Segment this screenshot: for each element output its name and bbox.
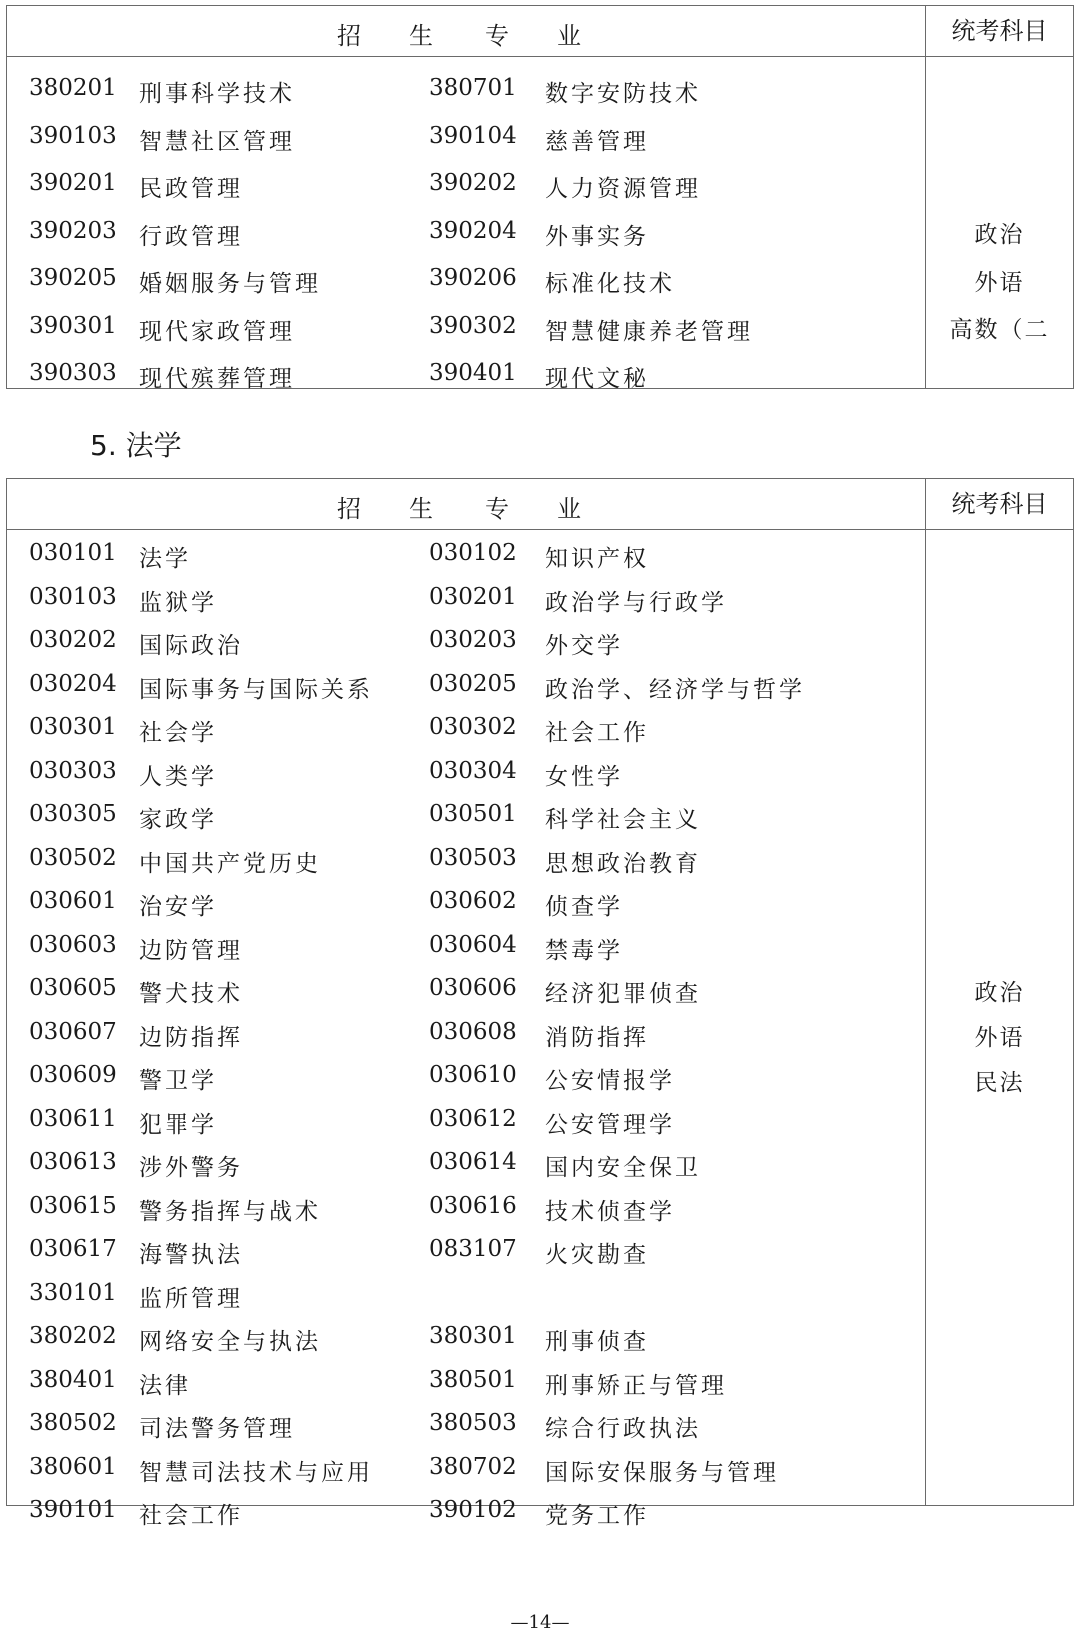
major-name: 智慧社区管理 — [139, 123, 295, 156]
major-name: 标准化技术 — [545, 265, 675, 298]
major-code: 030609 — [29, 1062, 117, 1088]
major-code: 390201 — [29, 170, 117, 196]
table-row: 030303人类学030304女性学 — [7, 758, 925, 802]
table-row: 030603边防管理030604禁毒学 — [7, 932, 925, 976]
table-header: 招 生 专 业 统考科目 — [7, 6, 1073, 57]
table-row: 030204国际事务与国际关系030205政治学、经济学与哲学 — [7, 671, 925, 715]
exam-subjects: 政治 外语 高数（二 — [926, 57, 1073, 389]
table-row: 390103智慧社区管理390104慈善管理 — [7, 123, 925, 171]
major-header: 招 生 专 业 — [7, 479, 926, 529]
major-name: 网络安全与执法 — [139, 1323, 321, 1356]
section-title: 5. 法学 — [90, 424, 182, 464]
major-code: 030603 — [29, 932, 117, 958]
major-name: 禁毒学 — [545, 932, 623, 965]
major-code: 390202 — [429, 170, 517, 196]
major-name: 海警执法 — [139, 1236, 243, 1269]
major-code: 030602 — [429, 888, 517, 914]
major-code: 030613 — [29, 1149, 117, 1175]
table-row: 390205婚姻服务与管理390206标准化技术 — [7, 265, 925, 313]
majors-table-1: 招 生 专 业 统考科目 380201刑事科学技术380701数字安防技术390… — [6, 5, 1074, 389]
major-code: 030102 — [429, 540, 517, 566]
table-row: 030101法学030102知识产权 — [7, 540, 925, 584]
major-name: 法学 — [139, 540, 191, 573]
major-name: 综合行政执法 — [545, 1410, 701, 1443]
major-code: 030601 — [29, 888, 117, 914]
major-code: 030305 — [29, 801, 117, 827]
table-row: 380401法律380501刑事矫正与管理 — [7, 1367, 925, 1411]
table-row: 030305家政学030501科学社会主义 — [7, 801, 925, 845]
major-code: 390101 — [29, 1497, 117, 1523]
major-name: 人力资源管理 — [545, 170, 701, 203]
major-code: 030304 — [429, 758, 517, 784]
table-row: 030607边防指挥030608消防指挥 — [7, 1019, 925, 1063]
table-row: 030301社会学030302社会工作 — [7, 714, 925, 758]
major-code: 380601 — [29, 1454, 117, 1480]
major-name: 现代家政管理 — [139, 313, 295, 346]
major-rows: 380201刑事科学技术380701数字安防技术390103智慧社区管理3901… — [7, 57, 926, 389]
major-name: 监狱学 — [139, 584, 217, 617]
majors-table-2: 招 生 专 业 统考科目 030101法学030102知识产权030103监狱学… — [6, 478, 1074, 1506]
major-code: 380301 — [429, 1323, 517, 1349]
major-name: 警卫学 — [139, 1062, 217, 1095]
major-code: 030617 — [29, 1236, 117, 1262]
major-code: 030202 — [29, 627, 117, 653]
table-row: 390301现代家政管理390302智慧健康养老管理 — [7, 313, 925, 361]
major-code: 030204 — [29, 671, 117, 697]
major-name: 慈善管理 — [545, 123, 649, 156]
major-code: 030614 — [429, 1149, 517, 1175]
major-code: 390206 — [429, 265, 517, 291]
major-name: 国内安全保卫 — [545, 1149, 701, 1182]
major-code: 380501 — [429, 1367, 517, 1393]
major-code: 030604 — [429, 932, 517, 958]
major-code: 030607 — [29, 1019, 117, 1045]
major-name: 国际事务与国际关系 — [139, 671, 373, 704]
major-code: 030203 — [429, 627, 517, 653]
major-name: 公安管理学 — [545, 1106, 675, 1139]
major-name: 婚姻服务与管理 — [139, 265, 321, 298]
major-name: 行政管理 — [139, 218, 243, 251]
major-code: 390205 — [29, 265, 117, 291]
exam-subjects: 政治 外语 民法 — [926, 530, 1073, 1506]
major-name: 民政管理 — [139, 170, 243, 203]
table-row: 390303现代殡葬管理390401现代文秘 — [7, 360, 925, 408]
table-row: 030605警犬技术030606经济犯罪侦查 — [7, 975, 925, 1019]
major-code: 030606 — [429, 975, 517, 1001]
major-name: 现代文秘 — [545, 360, 649, 393]
table-row: 380201刑事科学技术380701数字安防技术 — [7, 75, 925, 123]
table-row: 030615警务指挥与战术030616技术侦查学 — [7, 1193, 925, 1237]
table-row: 380202网络安全与执法380301刑事侦查 — [7, 1323, 925, 1367]
table-row: 380601智慧司法技术与应用380702国际安保服务与管理 — [7, 1454, 925, 1498]
major-name: 边防管理 — [139, 932, 243, 965]
major-code: 030201 — [429, 584, 517, 610]
major-name: 知识产权 — [545, 540, 649, 573]
major-name: 警务指挥与战术 — [139, 1193, 321, 1226]
major-code: 390303 — [29, 360, 117, 386]
major-code: 390302 — [429, 313, 517, 339]
major-name: 火灾勘查 — [545, 1236, 649, 1269]
table-row: 030609警卫学030610公安情报学 — [7, 1062, 925, 1106]
major-name: 国际政治 — [139, 627, 243, 660]
major-name: 涉外警务 — [139, 1149, 243, 1182]
major-code: 030610 — [429, 1062, 517, 1088]
major-name: 刑事侦查 — [545, 1323, 649, 1356]
major-header: 招 生 专 业 — [7, 6, 926, 56]
major-name: 智慧司法技术与应用 — [139, 1454, 373, 1487]
major-code: 030615 — [29, 1193, 117, 1219]
major-code: 030503 — [429, 845, 517, 871]
major-name: 中国共产党历史 — [139, 845, 321, 878]
major-code: 030501 — [429, 801, 517, 827]
table-row: 030611犯罪学030612公安管理学 — [7, 1106, 925, 1150]
major-code: 030301 — [29, 714, 117, 740]
major-code: 030205 — [429, 671, 517, 697]
major-name: 侦查学 — [545, 888, 623, 921]
table-row: 330101监所管理 — [7, 1280, 925, 1324]
major-name: 政治学与行政学 — [545, 584, 727, 617]
major-name: 司法警务管理 — [139, 1410, 295, 1443]
major-code: 380202 — [29, 1323, 117, 1349]
page-number: —14— — [0, 1612, 1080, 1633]
major-code: 380503 — [429, 1410, 517, 1436]
major-rows: 030101法学030102知识产权030103监狱学030201政治学与行政学… — [7, 530, 926, 1506]
major-name: 社会工作 — [139, 1497, 243, 1530]
major-code: 030605 — [29, 975, 117, 1001]
major-code: 380701 — [429, 75, 517, 101]
major-name: 技术侦查学 — [545, 1193, 675, 1226]
major-name: 女性学 — [545, 758, 623, 791]
table-row: 380502司法警务管理380503综合行政执法 — [7, 1410, 925, 1454]
major-code: 390301 — [29, 313, 117, 339]
major-name: 现代殡葬管理 — [139, 360, 295, 393]
table-row: 030202国际政治030203外交学 — [7, 627, 925, 671]
major-name: 党务工作 — [545, 1497, 649, 1530]
major-name: 治安学 — [139, 888, 217, 921]
major-code: 030101 — [29, 540, 117, 566]
table-row: 030601治安学030602侦查学 — [7, 888, 925, 932]
major-name: 犯罪学 — [139, 1106, 217, 1139]
major-code: 380401 — [29, 1367, 117, 1393]
major-code: 390102 — [429, 1497, 517, 1523]
table-row: 030617海警执法083107火灾勘查 — [7, 1236, 925, 1280]
table-header: 招 生 专 业 统考科目 — [7, 479, 1073, 530]
major-code: 390203 — [29, 218, 117, 244]
major-name: 国际安保服务与管理 — [545, 1454, 779, 1487]
major-name: 刑事科学技术 — [139, 75, 295, 108]
major-code: 030502 — [29, 845, 117, 871]
table-row: 030613涉外警务030614国内安全保卫 — [7, 1149, 925, 1193]
major-code: 390104 — [429, 123, 517, 149]
major-code: 330101 — [29, 1280, 117, 1306]
major-name: 监所管理 — [139, 1280, 243, 1313]
major-name: 社会工作 — [545, 714, 649, 747]
major-name: 边防指挥 — [139, 1019, 243, 1052]
major-name: 人类学 — [139, 758, 217, 791]
major-code: 030608 — [429, 1019, 517, 1045]
table-row: 390201民政管理390202人力资源管理 — [7, 170, 925, 218]
major-name: 外交学 — [545, 627, 623, 660]
major-code: 390103 — [29, 123, 117, 149]
major-code: 390204 — [429, 218, 517, 244]
major-code: 380702 — [429, 1454, 517, 1480]
table-row: 030103监狱学030201政治学与行政学 — [7, 584, 925, 628]
major-name: 消防指挥 — [545, 1019, 649, 1052]
major-code: 030616 — [429, 1193, 517, 1219]
table-row: 390203行政管理390204外事实务 — [7, 218, 925, 266]
major-code: 030103 — [29, 584, 117, 610]
major-code: 030612 — [429, 1106, 517, 1132]
major-name: 政治学、经济学与哲学 — [545, 671, 805, 704]
table-row: 390101社会工作390102党务工作 — [7, 1497, 925, 1541]
major-code: 030611 — [29, 1106, 117, 1132]
major-code: 380502 — [29, 1410, 117, 1436]
subjects-header: 统考科目 — [926, 479, 1073, 529]
major-code: 030303 — [29, 758, 117, 784]
major-name: 刑事矫正与管理 — [545, 1367, 727, 1400]
major-name: 智慧健康养老管理 — [545, 313, 753, 346]
major-name: 外事实务 — [545, 218, 649, 251]
major-code: 380201 — [29, 75, 117, 101]
major-name: 科学社会主义 — [545, 801, 701, 834]
major-name: 家政学 — [139, 801, 217, 834]
major-name: 公安情报学 — [545, 1062, 675, 1095]
major-code: 390401 — [429, 360, 517, 386]
major-name: 社会学 — [139, 714, 217, 747]
table-row: 030502中国共产党历史030503思想政治教育 — [7, 845, 925, 889]
major-name: 警犬技术 — [139, 975, 243, 1008]
major-name: 法律 — [139, 1367, 191, 1400]
major-name: 经济犯罪侦查 — [545, 975, 701, 1008]
major-code: 083107 — [429, 1236, 517, 1262]
major-name: 数字安防技术 — [545, 75, 701, 108]
major-code: 030302 — [429, 714, 517, 740]
subjects-header: 统考科目 — [926, 6, 1073, 56]
major-name: 思想政治教育 — [545, 845, 701, 878]
